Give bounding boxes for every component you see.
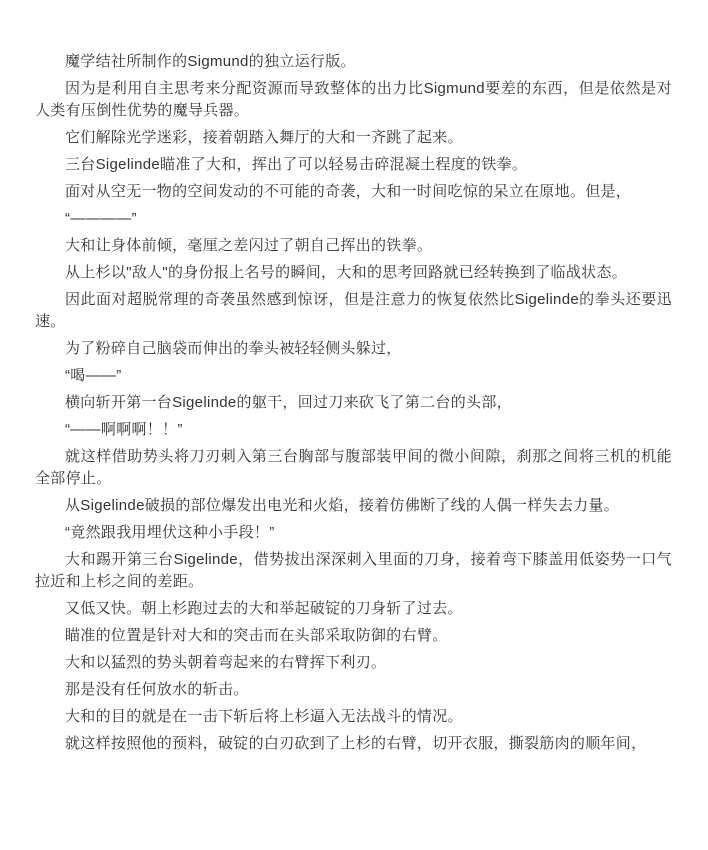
paragraph: 大和踢开第三台Sigelinde，借势拔出深深刺入里面的刀身，接着弯下膝盖用低姿…	[35, 549, 672, 593]
paragraph: 那是没有任何放水的斩击。	[35, 679, 672, 701]
paragraph: 面对从空无一物的空间发动的不可能的奇袭，大和一时间吃惊的呆立在原地。但是，	[35, 181, 672, 203]
paragraph-dialogue: “————”	[35, 208, 672, 230]
paragraph: 就这样借助势头将刀刃刺入第三台胸部与腹部装甲间的微小间隙，刹那之间将三机的机能全…	[35, 446, 672, 490]
paragraph: 三台Sigelinde瞄准了大和，挥出了可以轻易击碎混凝土程度的铁拳。	[35, 154, 672, 176]
paragraph: 从上杉以"敌人"的身份报上名号的瞬间，大和的思考回路就已经转换到了临战状态。	[35, 262, 672, 284]
paragraph: 从Sigelinde破损的部位爆发出电光和火焰，接着仿佛断了线的人偶一样失去力量…	[35, 495, 672, 517]
paragraph: 因为是利用自主思考来分配资源而导致整体的出力比Sigmund要差的东西，但是依然…	[35, 78, 672, 122]
paragraph: 为了粉碎自己脑袋而伸出的拳头被轻轻侧头躲过，	[35, 338, 672, 360]
paragraph-dialogue: “——啊啊啊！！”	[35, 419, 672, 441]
paragraph: 横向斩开第一台Sigelinde的躯干，回过刀来砍飞了第二台的头部，	[35, 392, 672, 414]
paragraph: 它们解除光学迷彩，接着朝踏入舞厅的大和一齐跳了起来。	[35, 127, 672, 149]
paragraph: 大和的目的就是在一击下斩后将上杉逼入无法战斗的情况。	[35, 706, 672, 728]
paragraph: 因此面对超脱常理的奇袭虽然感到惊讶，但是注意力的恢复依然比Sigelinde的拳…	[35, 289, 672, 333]
paragraph: 魔学结社所制作的Sigmund的独立运行版。	[35, 51, 672, 73]
paragraph: 大和以猛烈的势头朝着弯起来的右臂挥下利刃。	[35, 652, 672, 674]
paragraph: 瞄准的位置是针对大和的突击而在头部采取防御的右臂。	[35, 625, 672, 647]
document-page: 魔学结社所制作的Sigmund的独立运行版。 因为是利用自主思考来分配资源而导致…	[0, 0, 708, 850]
paragraph-dialogue: “喝——”	[35, 365, 672, 387]
paragraph: 大和让身体前倾，毫厘之差闪过了朝自己挥出的铁拳。	[35, 235, 672, 257]
paragraph: 就这样按照他的预料，破锭的白刃砍到了上杉的右臂，切开衣服，撕裂筋肉的顺年间，	[35, 733, 672, 755]
paragraph: 又低又快。朝上杉跑过去的大和举起破锭的刀身斩了过去。	[35, 598, 672, 620]
paragraph-dialogue: “竟然跟我用埋伏这种小手段！”	[35, 522, 672, 544]
